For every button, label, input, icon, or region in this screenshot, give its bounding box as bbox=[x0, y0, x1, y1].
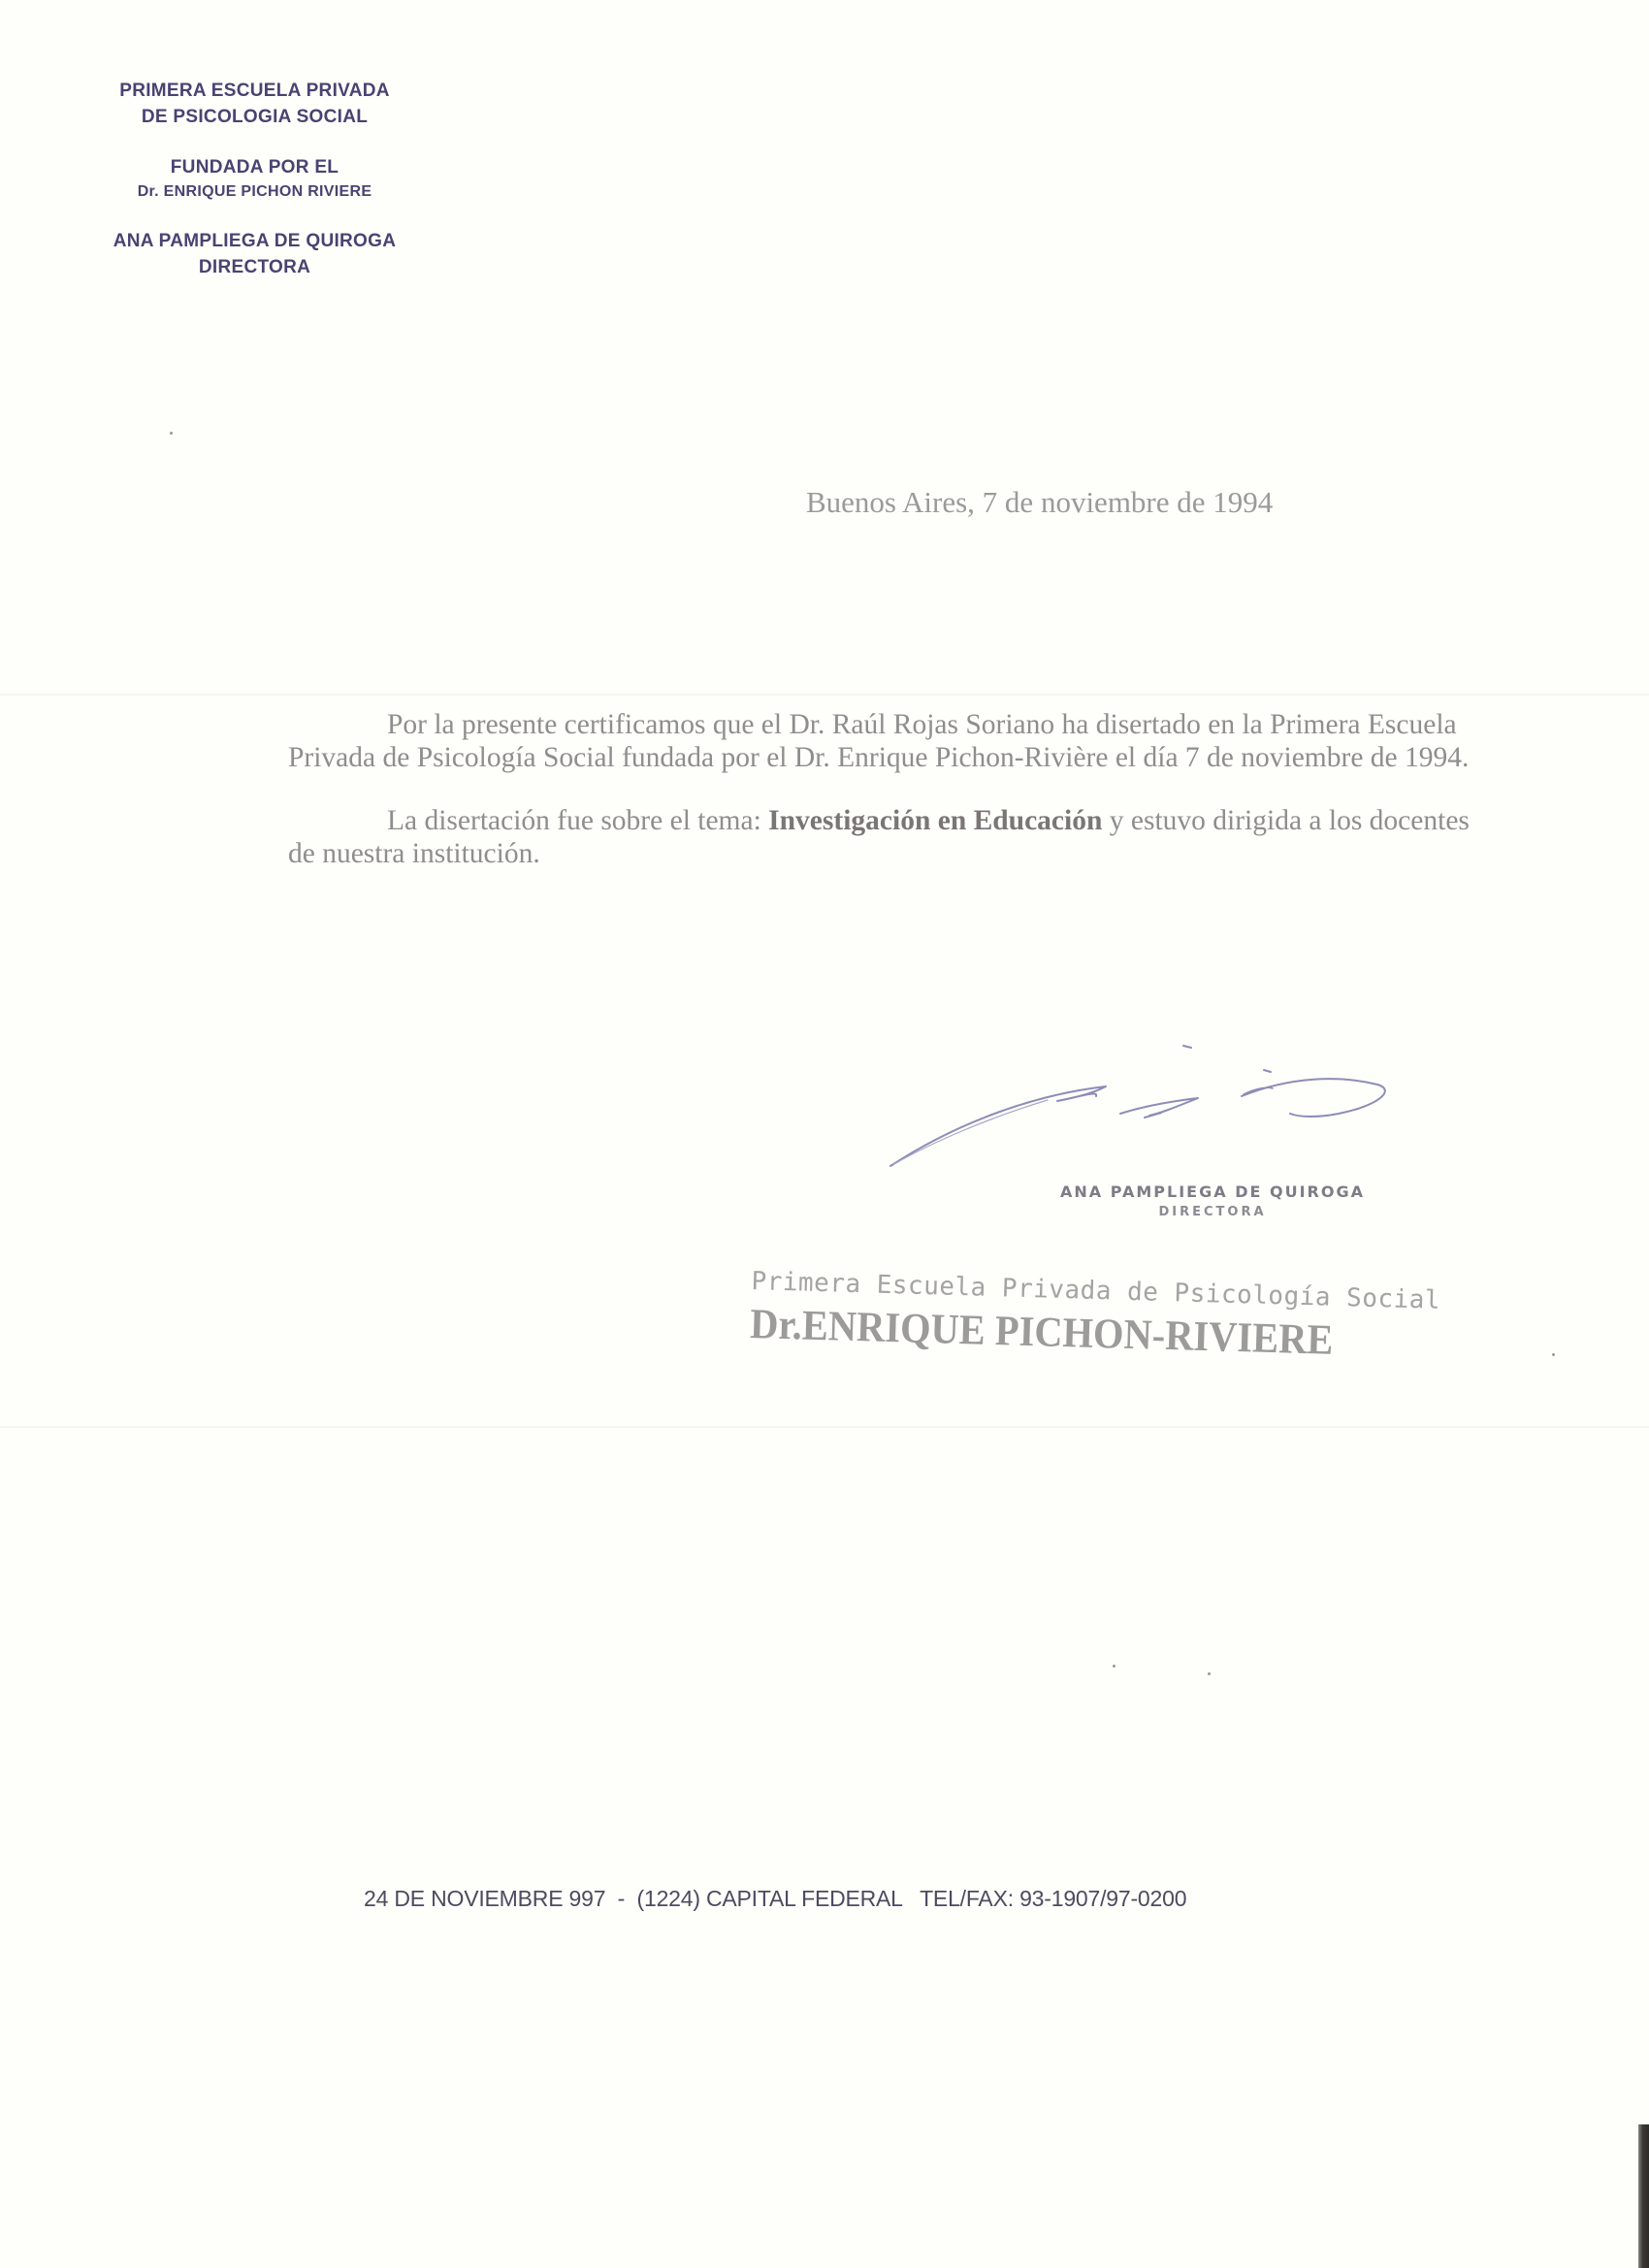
director-stamp-name: ANA PAMPLIEGA DE QUIROGA bbox=[1018, 1182, 1406, 1203]
scan-speck bbox=[1113, 1665, 1115, 1668]
scan-speck bbox=[170, 432, 173, 435]
letterhead-founded-line1: FUNDADA POR EL bbox=[82, 154, 427, 180]
scan-speck bbox=[1208, 1672, 1211, 1675]
school-stamp-line2: Dr.ENRIQUE PICHON-RIVIERE bbox=[750, 1301, 1305, 1363]
scanner-edge-shadow bbox=[1638, 2124, 1649, 2268]
letterhead-director-title: DIRECTORA bbox=[82, 254, 427, 280]
letterhead-school-line2: DE PSICOLOGIA SOCIAL bbox=[82, 104, 427, 130]
lecture-topic: Investigación en Educación bbox=[768, 805, 1102, 836]
footer-address: 24 DE NOVIEMBRE 997 - (1224) CAPITAL FED… bbox=[364, 1886, 1295, 1912]
certificate-paragraph-1: Por la presente certificamos que el Dr. … bbox=[288, 708, 1491, 774]
handwritten-signature bbox=[873, 1028, 1474, 1203]
director-stamp-role: DIRECTORA bbox=[1018, 1203, 1406, 1222]
letterhead-founder-name: Dr. ENRIQUE PICHON RIVIERE bbox=[82, 180, 427, 204]
letterhead: PRIMERA ESCUELA PRIVADA DE PSICOLOGIA SO… bbox=[82, 78, 427, 280]
letterhead-director-name: ANA PAMPLIEGA DE QUIROGA bbox=[82, 228, 427, 254]
certificate-paragraph-2: La disertación fue sobre el tema: Invest… bbox=[288, 804, 1491, 870]
paper-fold-line bbox=[0, 694, 1649, 696]
paper-fold-line bbox=[0, 1426, 1649, 1428]
paragraph-2-intro: La disertación fue sobre el tema: bbox=[387, 805, 768, 836]
director-signature-stamp: ANA PAMPLIEGA DE QUIROGA DIRECTORA bbox=[1018, 1182, 1406, 1222]
certificate-body: Por la presente certificamos que el Dr. … bbox=[288, 708, 1491, 900]
letterhead-school-line1: PRIMERA ESCUELA PRIVADA bbox=[82, 78, 427, 104]
scan-speck bbox=[1552, 1353, 1555, 1356]
document-page: PRIMERA ESCUELA PRIVADA DE PSICOLOGIA SO… bbox=[0, 0, 1649, 2268]
date-line: Buenos Aires, 7 de noviembre de 1994 bbox=[806, 485, 1273, 520]
school-rubber-stamp: Primera Escuela Privada de Psicología So… bbox=[750, 1266, 1353, 1364]
